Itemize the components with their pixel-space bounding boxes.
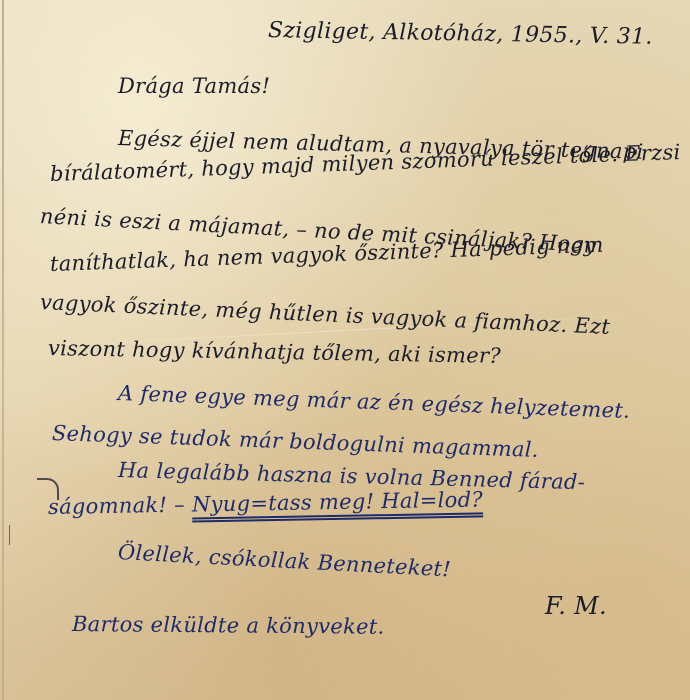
body-line: A fene egye meg már az én egész helyzete… — [118, 381, 631, 423]
body-line: ságomnak! – — [48, 493, 185, 519]
postscript: Bartos elküldte a könyveket. — [72, 612, 385, 639]
closing: Ölellek, csókollak Benneteket! — [117, 540, 451, 581]
place-and-date: Szigliget, Alkotóház, 1955., V. 31. — [268, 18, 653, 50]
body-line-with-emphasis: ságomnak! – Nyug=tass meg! Hal=lod? — [48, 487, 483, 519]
emphasized-text: Nyug=tass meg! Hal=lod? — [192, 487, 483, 516]
body-line: viszont hogy kívánhatja tőlem, aki ismer… — [48, 336, 501, 368]
body-line: Sehogy se tudok már boldogulni magammal. — [52, 421, 540, 462]
ink-mark — [9, 525, 10, 545]
signature: F. M. — [545, 592, 607, 620]
letter-page: Szigliget, Alkotóház, 1955., V. 31. Drág… — [0, 0, 690, 700]
salutation: Drága Tamás! — [118, 74, 270, 98]
paper-edge — [2, 0, 4, 700]
